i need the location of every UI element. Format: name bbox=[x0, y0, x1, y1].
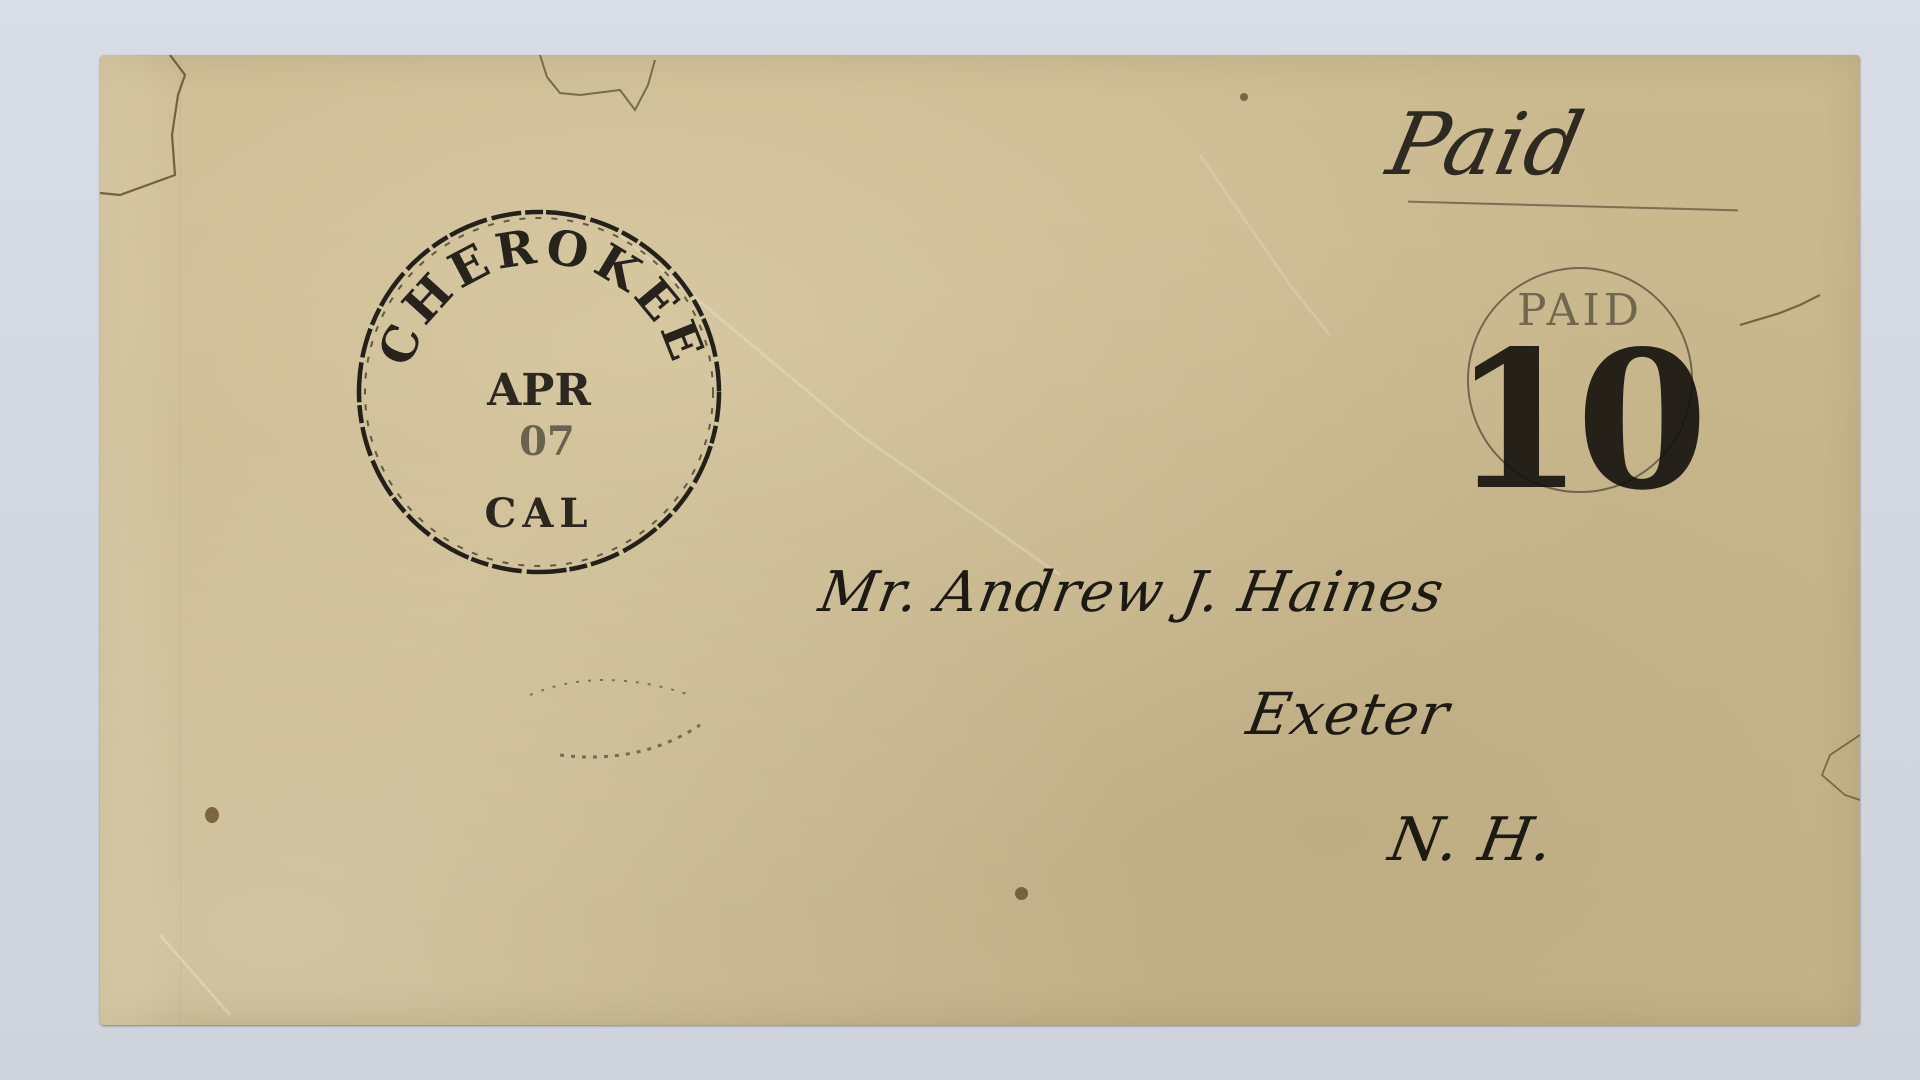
rate-value: 10 bbox=[1452, 309, 1700, 532]
postmark-month: APR bbox=[486, 365, 591, 416]
envelope: CHEROKEE APR 07 CAL Paid PAID 10 Mr. And… bbox=[100, 55, 1860, 1025]
manuscript-paid: Paid bbox=[1379, 95, 1592, 195]
stain-spot bbox=[1015, 887, 1028, 900]
svg-text:CHEROKEE: CHEROKEE bbox=[368, 218, 717, 373]
postmark-town: CHEROKEE bbox=[368, 218, 717, 373]
paid-rate-handstamp: PAID 10 bbox=[1430, 215, 1730, 535]
faint-marking bbox=[520, 655, 710, 775]
addressee-name: Mr. Andrew J. Haines bbox=[814, 560, 1449, 625]
paid-underline bbox=[1408, 201, 1738, 212]
side-fold bbox=[100, 55, 181, 1025]
stain-spot bbox=[1240, 93, 1248, 101]
circular-datestamp: CHEROKEE APR 07 CAL bbox=[352, 205, 726, 579]
postmark-state: CAL bbox=[485, 490, 594, 537]
addressee-city: Exeter bbox=[1242, 680, 1455, 748]
addressee-state: N. H. bbox=[1384, 805, 1560, 875]
postmark-day: 07 bbox=[519, 418, 575, 465]
stain-spot bbox=[205, 807, 219, 823]
